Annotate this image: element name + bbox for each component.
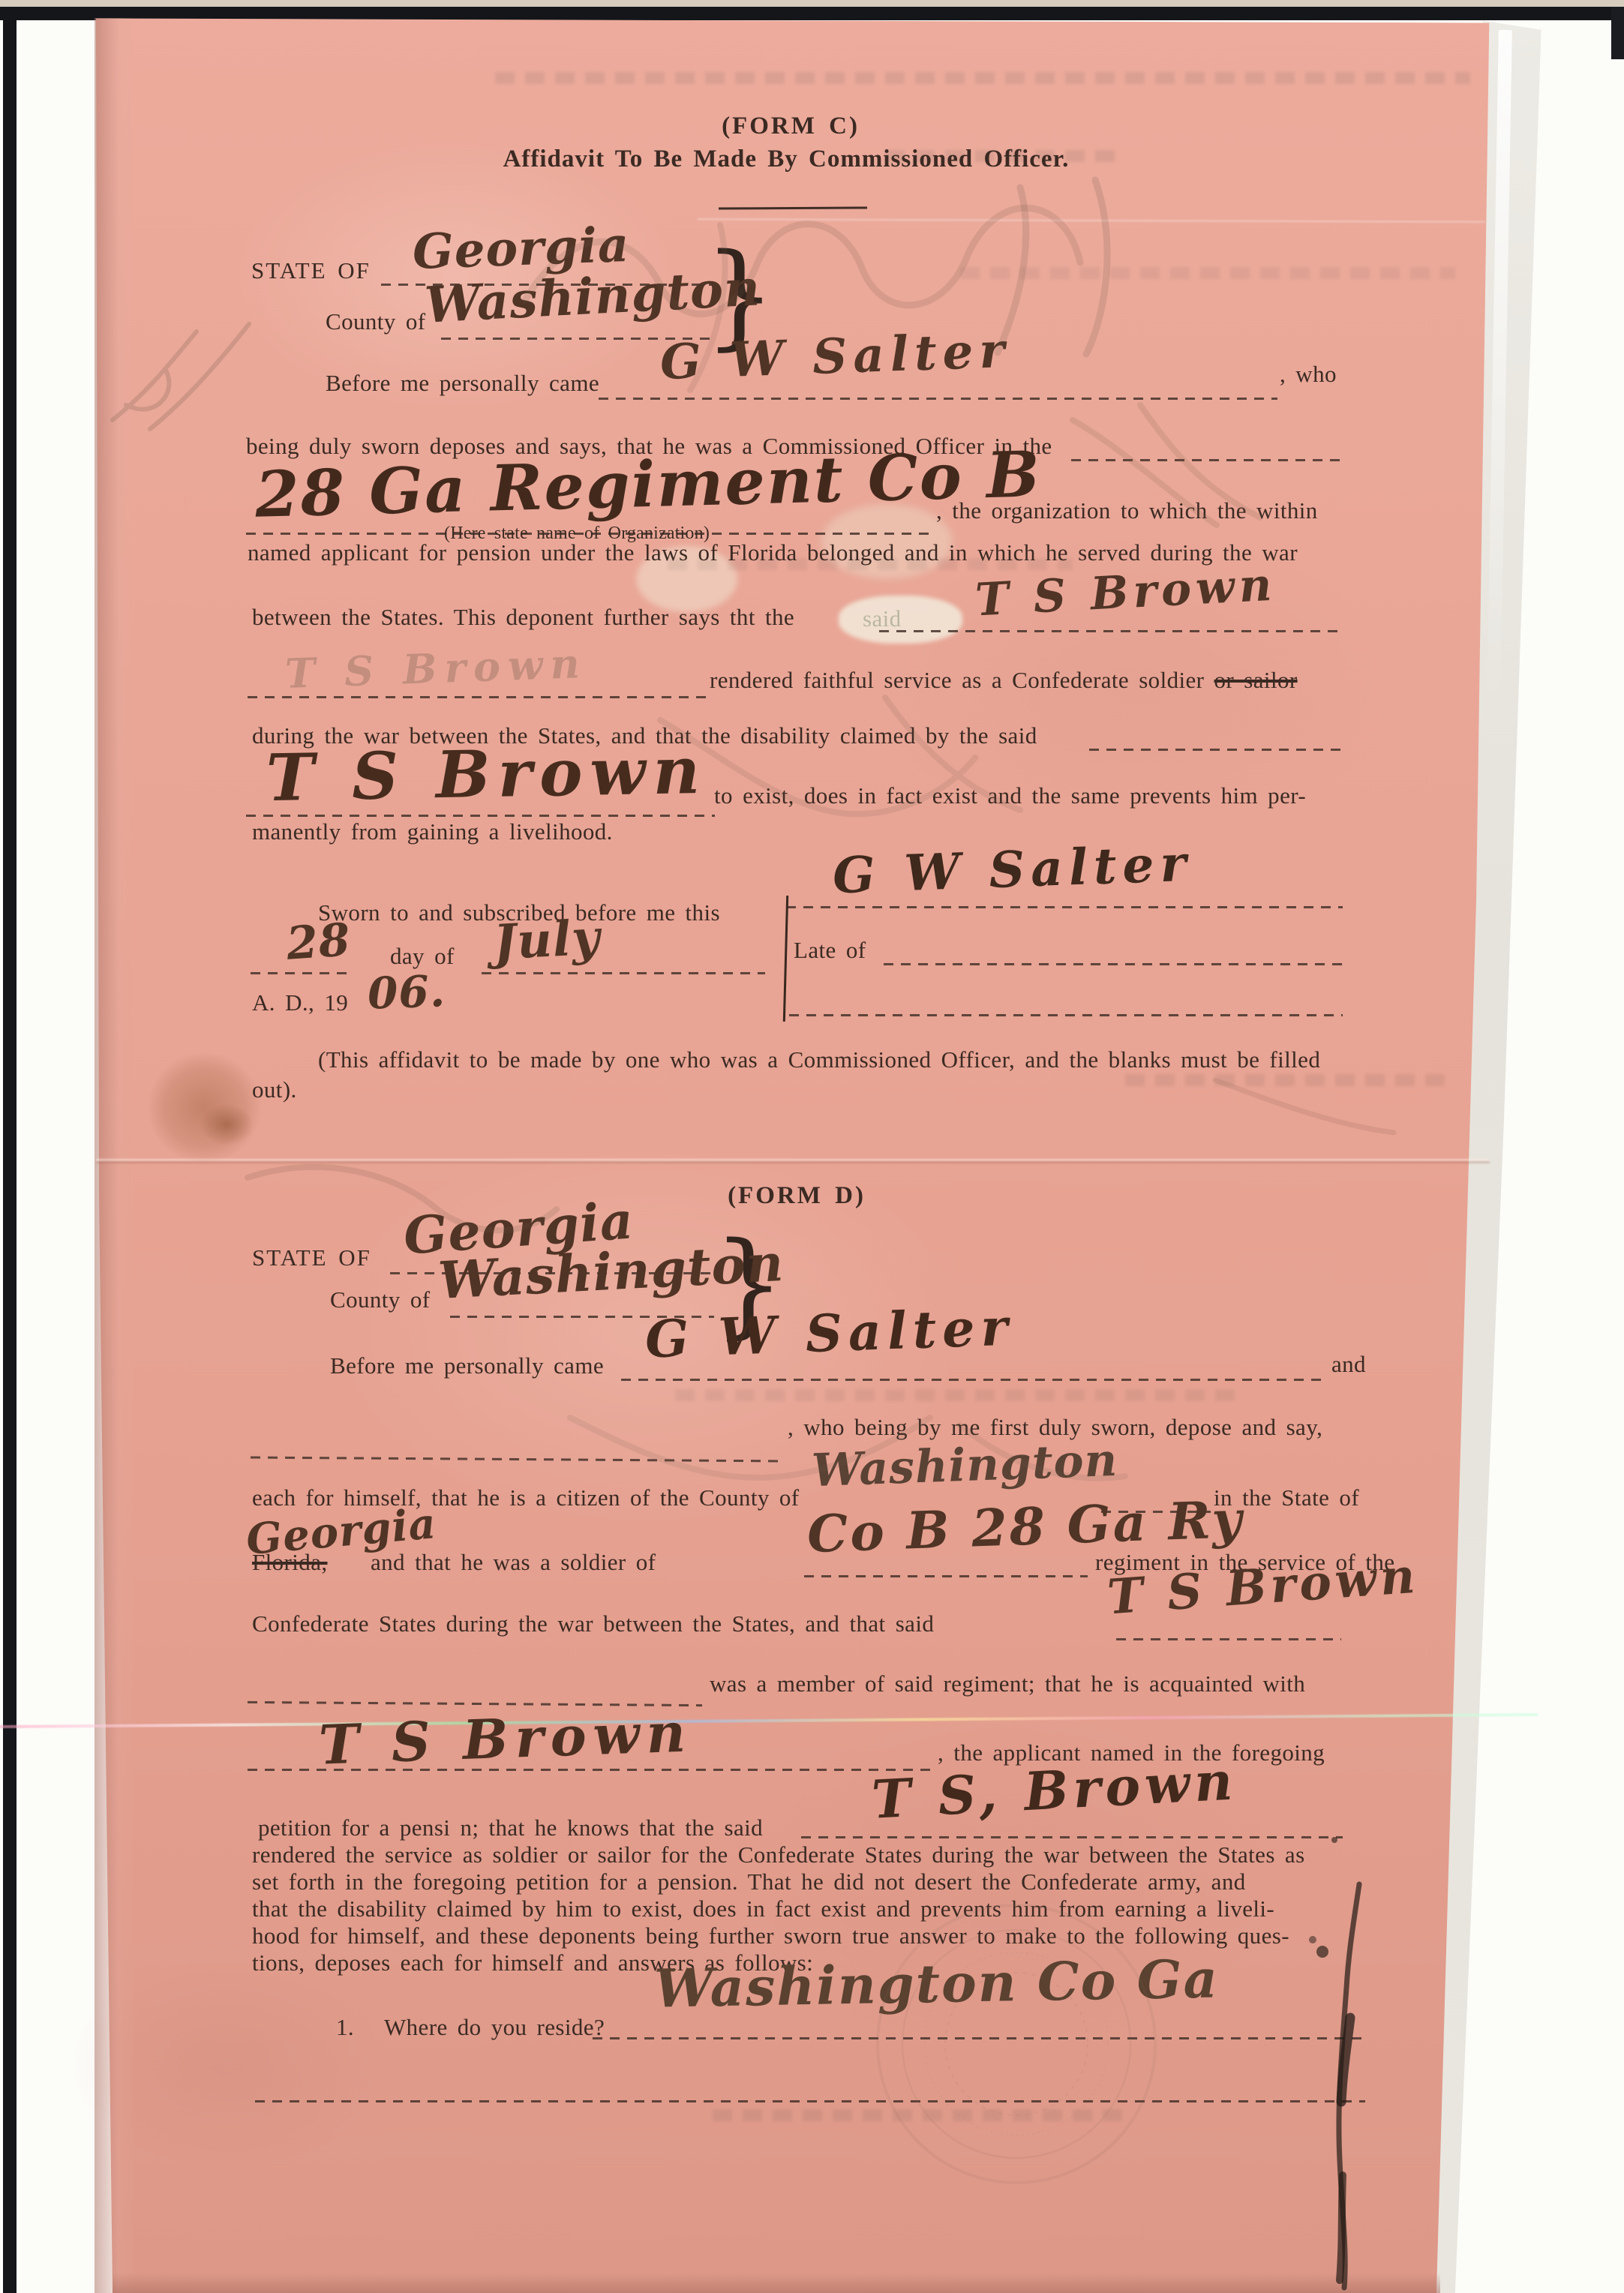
form-c-line7: to exist, does in fact exist and the sam… bbox=[714, 783, 1306, 809]
dashed-line bbox=[1116, 1638, 1341, 1640]
form-d-paragraph-line: hood for himself, and these deponents be… bbox=[252, 1923, 1289, 1949]
form-c-late-of-label: Late of bbox=[794, 938, 866, 963]
form-c-line4: between the States. This deponent furthe… bbox=[252, 605, 794, 630]
scan-left-black-bar bbox=[3, 7, 17, 2293]
form-c-who-suffix: , who bbox=[1280, 362, 1337, 387]
form-d-line4: Confederate States during the war betwee… bbox=[252, 1611, 934, 1637]
dashed-line bbox=[1089, 749, 1343, 751]
dashed-line bbox=[786, 906, 1343, 908]
paper-bottom-edge bbox=[113, 2273, 1440, 2293]
form-d-line6: petition for a pensi n; that he knows th… bbox=[258, 1815, 763, 1841]
dashed-line bbox=[248, 1769, 930, 1771]
dashed-line bbox=[246, 815, 715, 817]
dashed-line bbox=[593, 2037, 1365, 2039]
form-c-line2: , the organization to which the within bbox=[936, 498, 1318, 524]
form-c-state-label: STATE OF bbox=[251, 258, 371, 284]
form-d-state-label: STATE OF bbox=[252, 1245, 371, 1271]
form-c-note-line1: (This affidavit to be made by one who wa… bbox=[318, 1047, 1320, 1073]
paper-left-fold bbox=[95, 18, 135, 2293]
form-d-florida-struck: Florida, bbox=[252, 1550, 328, 1575]
form-c-line5-text: rendered faithful service as a Confedera… bbox=[710, 667, 1204, 693]
form-c-day-label: day of bbox=[390, 944, 455, 969]
form-c-line5: rendered faithful service as a Confedera… bbox=[710, 668, 1298, 693]
question-1-answer: Washington Co Ga bbox=[653, 1952, 1219, 2015]
form-d-paragraph-line: that the disability claimed by him to ex… bbox=[252, 1896, 1274, 1922]
dashed-line bbox=[1071, 459, 1341, 461]
dashed-line bbox=[801, 1836, 1343, 1838]
form-d-heading: (FORM D) bbox=[728, 1182, 866, 1209]
form-c-before-value: G W Salter bbox=[659, 327, 1011, 387]
dashed-line bbox=[804, 1575, 1088, 1577]
form-c-organization-value: 28 Ga Regiment Co B bbox=[254, 443, 1042, 526]
form-d-county2-value: Washington bbox=[811, 1438, 1118, 1493]
dashed-line bbox=[884, 963, 1343, 965]
form-d-paragraph-line: rendered the service as soldier or sailo… bbox=[252, 1842, 1305, 1868]
form-c-year-value: 06. bbox=[367, 969, 446, 1016]
bleedthrough-text-bar bbox=[713, 2109, 1133, 2121]
form-c-title: Affidavit To Be Made By Commissioned Off… bbox=[503, 146, 1070, 173]
form-c-heading: (FORM C) bbox=[722, 113, 860, 140]
form-c-before-label: Before me personally came bbox=[326, 371, 599, 396]
dashed-line bbox=[255, 2100, 1365, 2102]
scan-top-black-bar bbox=[0, 7, 1624, 20]
scan-corner-dark bbox=[1611, 7, 1624, 59]
question-1-label: Where do you reside? bbox=[384, 2015, 605, 2040]
form-c-erased-word: said bbox=[863, 606, 902, 632]
dashed-line bbox=[621, 1379, 1325, 1381]
scan-top-beige-strip bbox=[0, 0, 1624, 7]
form-c-day-value: 28 bbox=[285, 917, 352, 967]
form-d-paragraph-line: set forth in the foregoing petition for … bbox=[252, 1869, 1246, 1895]
scanned-document-page: { "colors": { "paper_pink": "#e9a696", "… bbox=[0, 0, 1624, 2293]
form-c-soldier-name-2: T S Brown bbox=[266, 739, 707, 811]
form-c-signature: G W Salter bbox=[832, 839, 1193, 901]
dashed-line bbox=[789, 1014, 1343, 1016]
form-c-line3: named applicant for pension under the la… bbox=[248, 540, 1298, 566]
form-c-ad-label: A. D., 19 bbox=[252, 990, 348, 1016]
dashed-line bbox=[879, 630, 1343, 632]
brown-stain-small bbox=[191, 1097, 263, 1153]
dashed-line bbox=[599, 398, 1277, 400]
bleedthrough-text-bar bbox=[1125, 1074, 1448, 1086]
florida-strikethrough: Florida, bbox=[252, 1549, 328, 1575]
form-c-month-value: July bbox=[492, 914, 601, 967]
form-d-before-value: G W Salter bbox=[644, 1301, 1014, 1365]
question-1-number: 1. bbox=[336, 2015, 354, 2040]
form-d-line5: was a member of said regiment; that he i… bbox=[710, 1671, 1305, 1697]
form-c-ghost-name: T S Brown bbox=[284, 643, 587, 694]
bleedthrough-text-bar bbox=[495, 72, 1470, 84]
form-d-and-suffix: and bbox=[1331, 1352, 1366, 1377]
form-d-county-label: County of bbox=[330, 1287, 430, 1313]
crease-middle-shadow bbox=[96, 1161, 1490, 1163]
form-c-note-line2: out). bbox=[252, 1077, 297, 1103]
form-c-county-label: County of bbox=[326, 309, 425, 335]
form-d-before-label: Before me personally came bbox=[330, 1353, 604, 1379]
dashed-line bbox=[251, 972, 347, 974]
bleedthrough-text-bar bbox=[960, 267, 1455, 279]
form-c-line5-struck: or sailor bbox=[1214, 667, 1298, 693]
dashed-line bbox=[248, 696, 707, 698]
form-d-soldier-name-2: T S Brown bbox=[318, 1705, 693, 1772]
bleedthrough-text-bar bbox=[675, 1389, 1245, 1401]
dashed-line bbox=[482, 972, 765, 974]
form-c-line8: manently from gaining a livelihood. bbox=[252, 819, 613, 845]
form-d-line3: and that he was a soldier of bbox=[371, 1550, 656, 1575]
